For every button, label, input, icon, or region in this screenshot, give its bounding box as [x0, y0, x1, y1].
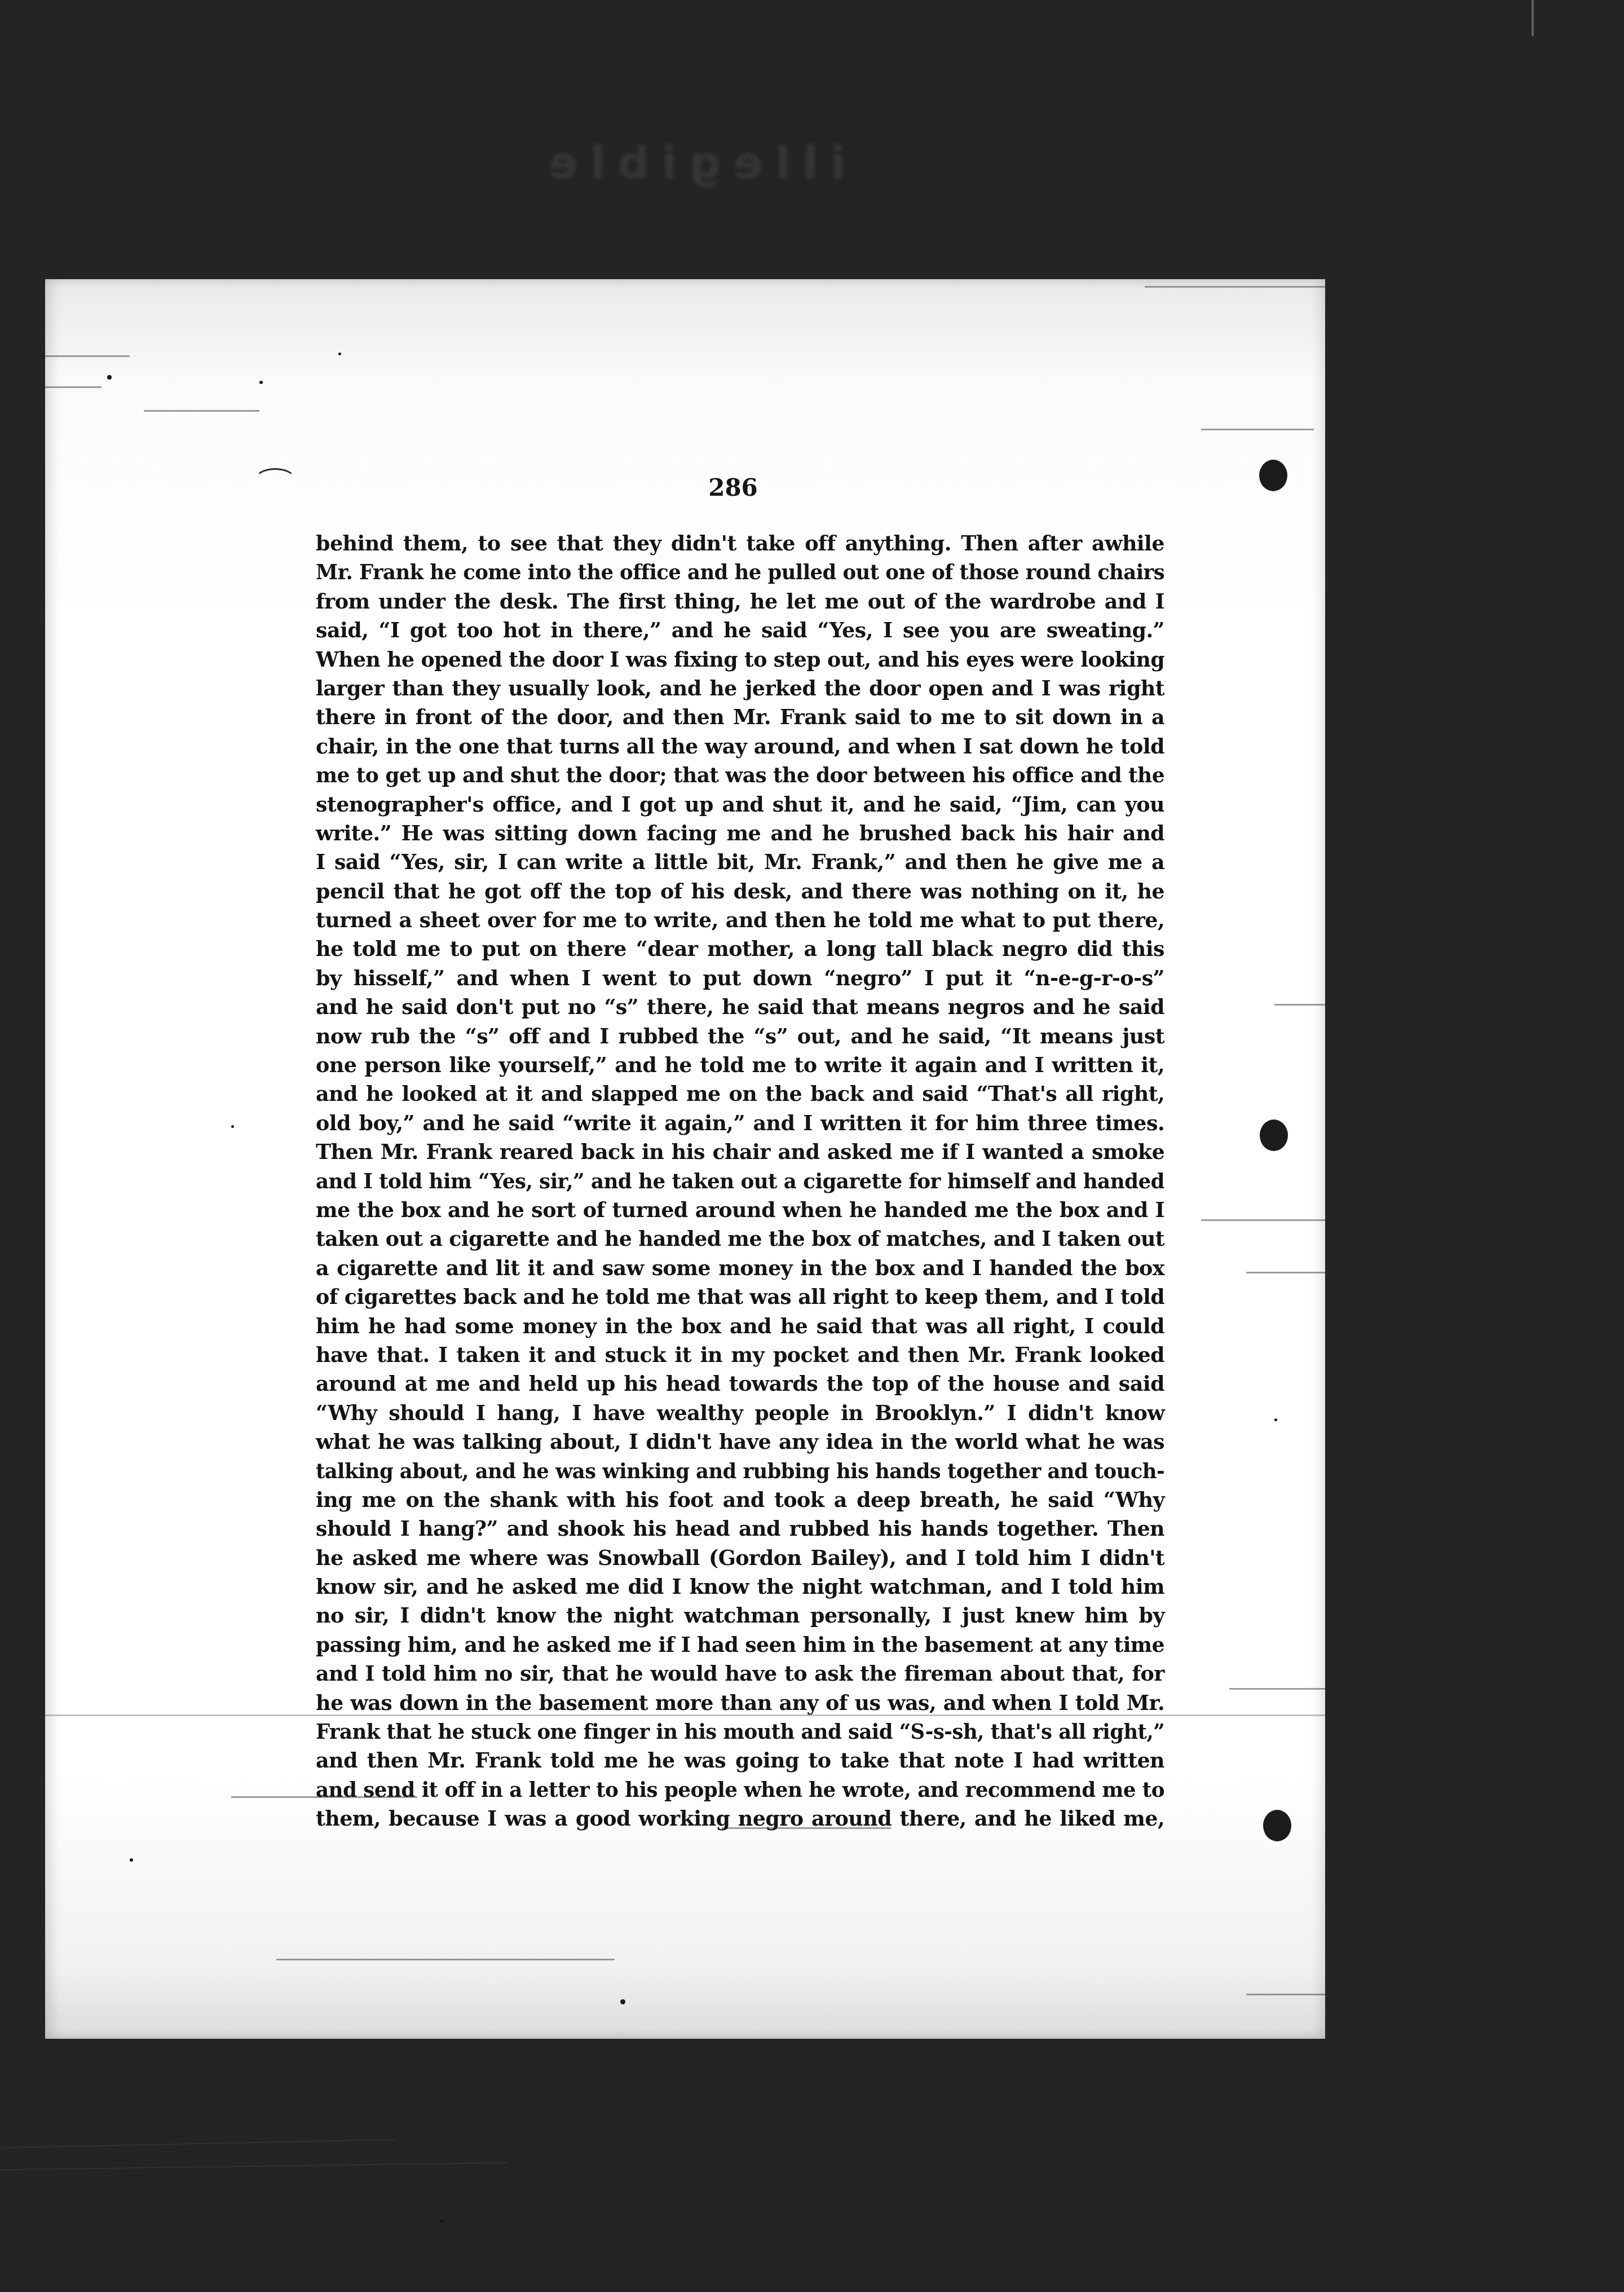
speck — [1274, 1418, 1277, 1421]
text-line: passing him, and he asked me if I had se… — [316, 1630, 1164, 1659]
text-line: and then Mr. Frank told me he was going … — [316, 1746, 1164, 1775]
text-line: pencil that he got off the top of his de… — [316, 877, 1164, 906]
text-line: When he opened the door I was fixing to … — [316, 645, 1164, 674]
text-line: Mr. Frank he come into the office and he… — [316, 558, 1164, 587]
text-line: stenographer's office, and I got up and … — [316, 790, 1164, 819]
text-line: and send it off in a letter to his peopl… — [316, 1775, 1164, 1804]
text-line: by hisself,” and when I went to put down… — [316, 964, 1164, 993]
text-line: said, “I got too hot in there,” and he s… — [316, 616, 1164, 645]
scan-line — [1145, 286, 1325, 288]
text-line: larger than they usually look, and he je… — [316, 674, 1164, 703]
text-line: Then Mr. Frank reared back in his chair … — [316, 1138, 1164, 1166]
scan-line — [276, 1959, 615, 1960]
text-line: old boy,” and he said “write it again,” … — [316, 1109, 1164, 1138]
text-line: I said “Yes, sir, I can write a little b… — [316, 848, 1164, 876]
scan-line — [144, 410, 259, 412]
body-text: behind them, to see that they didn't tak… — [316, 529, 1164, 1833]
scan-line — [1246, 1994, 1325, 1995]
text-line: me to get up and shut the door; that was… — [316, 761, 1164, 790]
scan-line — [45, 386, 101, 388]
text-line: Frank that he stuck one finger in his mo… — [316, 1717, 1164, 1746]
text-line: know sir, and he asked me did I know the… — [316, 1572, 1164, 1601]
punch-hole — [1260, 1119, 1288, 1151]
text-line: talking about, and he was winking and ru… — [316, 1457, 1164, 1486]
text-line: “Why should I hang, I have wealthy peopl… — [316, 1399, 1164, 1427]
text-line: him he had some money in the box and he … — [316, 1312, 1164, 1341]
scan-line — [1201, 429, 1314, 430]
punch-hole — [1263, 1810, 1291, 1841]
film-scratch — [0, 2139, 395, 2149]
text-line: he was down in the basement more than an… — [316, 1689, 1164, 1717]
microfilm-stamp: illegible — [536, 138, 845, 189]
text-line: and he said don't put no “s” there, he s… — [316, 993, 1164, 1021]
speck — [107, 375, 112, 380]
text-line: no sir, I didn't know the night watchman… — [316, 1601, 1164, 1630]
text-line: taken out a cigarette and he handed me t… — [316, 1224, 1164, 1253]
text-line: now rub the “s” off and I rubbed the “s”… — [316, 1022, 1164, 1051]
text-line: chair, in the one that turns all the way… — [316, 732, 1164, 761]
speck — [338, 352, 341, 355]
speck — [130, 1858, 133, 1862]
text-line: around at me and held up his head toward… — [316, 1369, 1164, 1398]
speck — [440, 2219, 444, 2223]
text-line: behind them, to see that they didn't tak… — [316, 529, 1164, 558]
text-line: write.” He was sitting down facing me an… — [316, 819, 1164, 848]
film-scratch — [1532, 0, 1534, 36]
text-line: ing me on the shank with his foot and to… — [316, 1486, 1164, 1514]
text-line: and I told him “Yes, sir,” and he taken … — [316, 1167, 1164, 1196]
text-line: of cigarettes back and he told me that w… — [316, 1282, 1164, 1311]
text-line: me the box and he sort of turned around … — [316, 1196, 1164, 1224]
text-line: have that. I taken it and stuck it in my… — [316, 1341, 1164, 1369]
film-scratch — [0, 2162, 507, 2171]
pen-mark — [254, 468, 297, 494]
scan-line — [45, 355, 130, 357]
speck — [231, 1125, 234, 1128]
text-line: one person like yourself,” and he told m… — [316, 1051, 1164, 1079]
scan-line — [1201, 1219, 1325, 1221]
scan-line — [1246, 1272, 1325, 1273]
text-line: and he looked at it and slapped me on th… — [316, 1079, 1164, 1108]
text-line: them, because I was a good working negro… — [316, 1804, 1164, 1833]
text-line: and I told him no sir, that he would hav… — [316, 1659, 1164, 1688]
text-line: what he was talking about, I didn't have… — [316, 1427, 1164, 1456]
page-number: 286 — [699, 474, 767, 501]
speck — [259, 381, 263, 384]
text-line: a cigarette and lit it and saw some mone… — [316, 1254, 1164, 1282]
text-line: should I hang?” and shook his head and r… — [316, 1514, 1164, 1543]
text-line: he told me to put on there “dear mother,… — [316, 935, 1164, 963]
text-line: turned a sheet over for me to write, and… — [316, 906, 1164, 935]
text-line: from under the desk. The first thing, he… — [316, 587, 1164, 616]
text-line: he asked me where was Snowball (Gordon B… — [316, 1544, 1164, 1572]
punch-hole — [1259, 460, 1287, 491]
scan-line — [1229, 1688, 1325, 1690]
scan-line — [1274, 1004, 1325, 1006]
text-line: there in front of the door, and then Mr.… — [316, 703, 1164, 731]
speck — [620, 1999, 625, 2004]
